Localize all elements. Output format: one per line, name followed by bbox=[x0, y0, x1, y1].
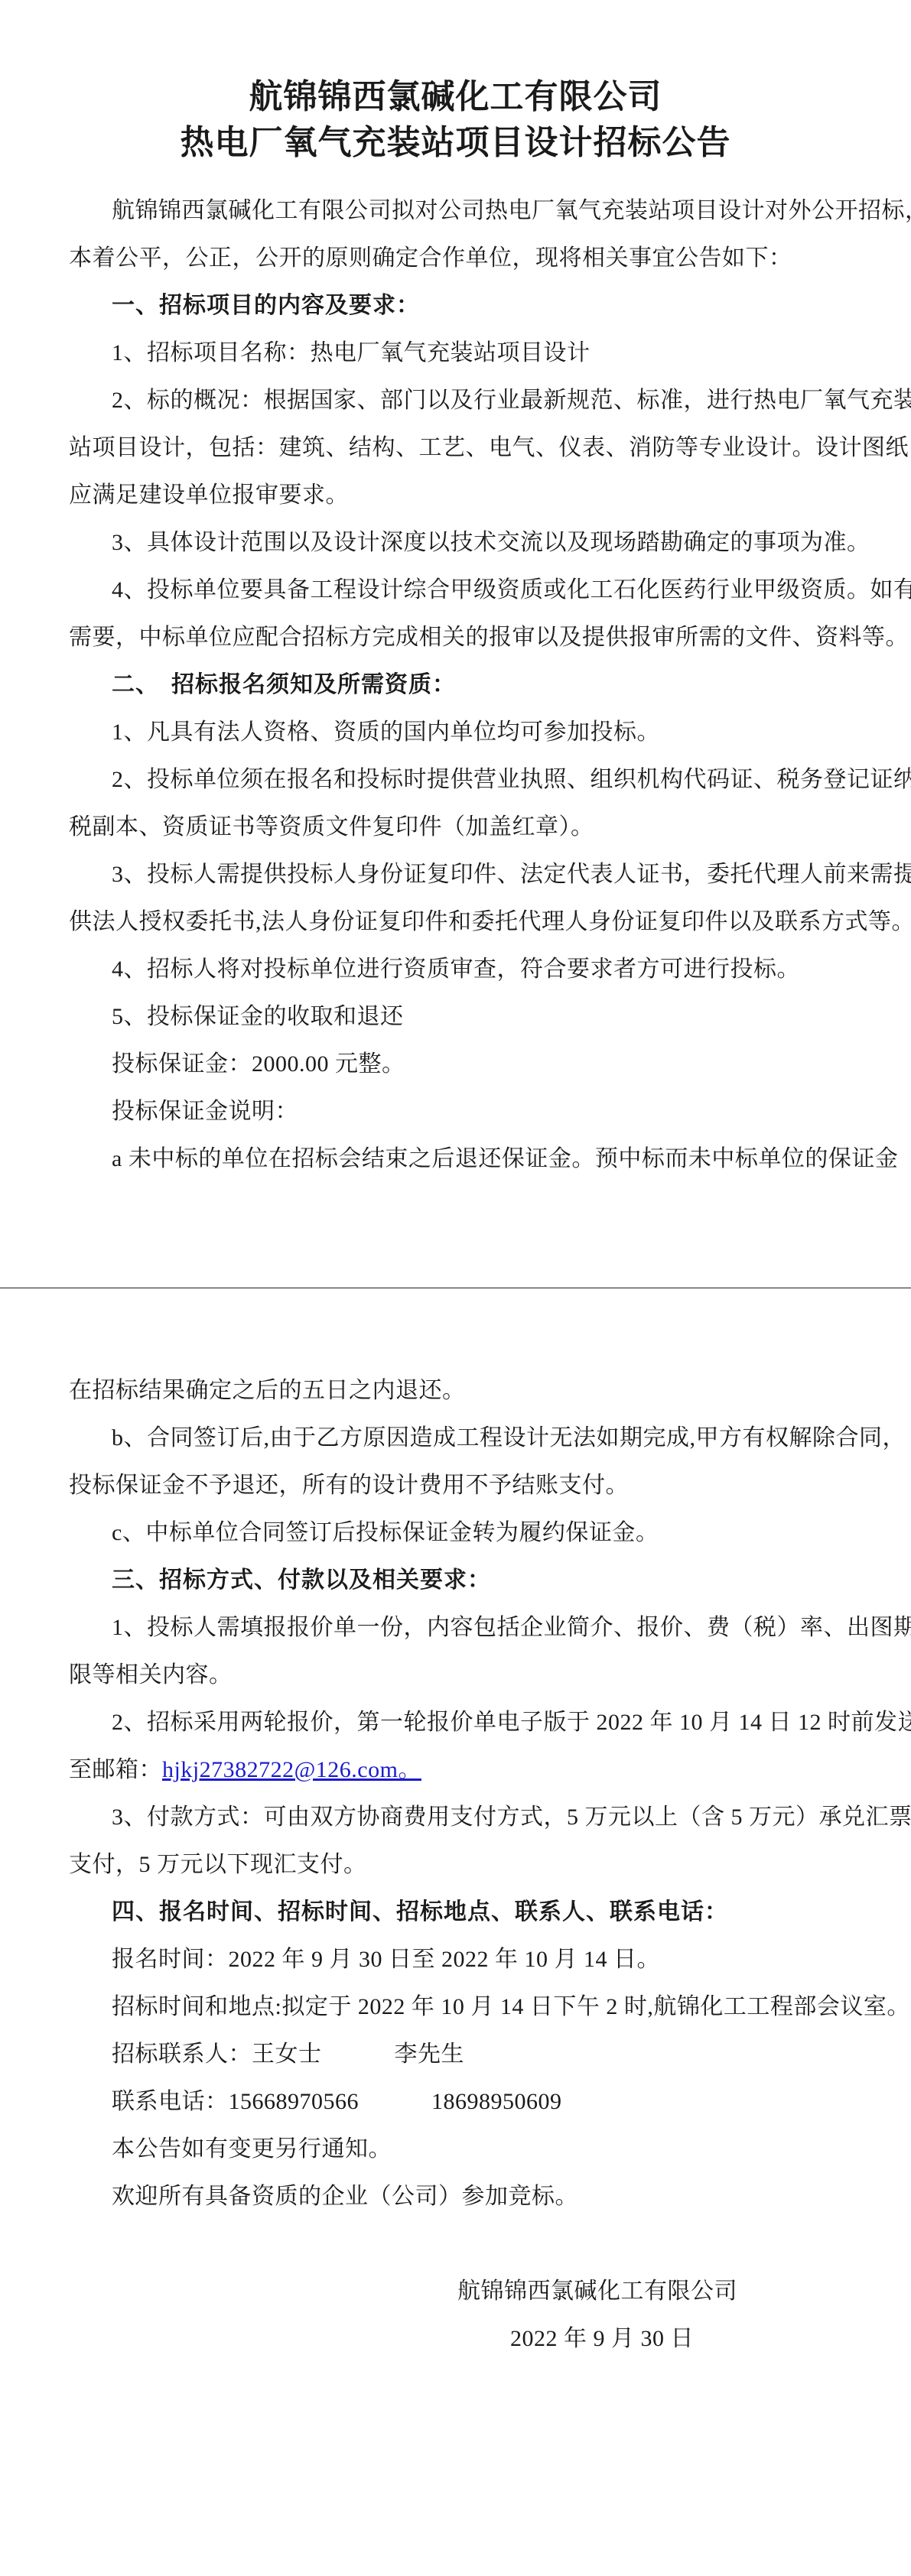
phone-number-1: 15668970566 bbox=[229, 2089, 360, 2114]
para-line: 限等相关内容。 bbox=[69, 1652, 850, 1699]
document-page-1: 航锦锦西氯碱化工有限公司 热电厂氧气充装站项目设计招标公告 航锦锦西氯碱化工有限… bbox=[0, 0, 911, 1287]
para-line: 4、投标单位要具备工程设计综合甲级资质或化工石化医药行业甲级资质。如有 bbox=[69, 567, 850, 614]
email-link[interactable]: hjkj27382722@126.com。 bbox=[162, 1757, 421, 1782]
section-heading-2: 二、 招标报名须知及所需资质： bbox=[69, 661, 850, 709]
document-title-line-2: 热电厂氧气充装站项目设计招标公告 bbox=[0, 120, 911, 166]
para-line: 航锦锦西氯碱化工有限公司拟对公司热电厂氧气充装站项目设计对外公开招标， bbox=[69, 187, 850, 235]
document-title-line-1: 航锦锦西氯碱化工有限公司 bbox=[0, 74, 911, 120]
para-line: 3、投标人需提供投标人身份证复印件、法定代表人证书，委托代理人前来需提 bbox=[69, 851, 850, 898]
para-line: 4、招标人将对投标单位进行资质审查，符合要求者方可进行投标。 bbox=[69, 946, 850, 993]
para-line: 1、凡具有法人资格、资质的国内单位均可参加投标。 bbox=[69, 709, 850, 756]
contact-name-2: 李先生 bbox=[395, 2042, 465, 2067]
page-1-body: 航锦锦西氯碱化工有限公司拟对公司热电厂氧气充装站项目设计对外公开招标， 本着公平… bbox=[69, 187, 850, 1183]
para-line: 1、招标项目名称：热电厂氧气充装站项目设计 bbox=[69, 330, 850, 377]
para-line: a 未中标的单位在招标会结束之后退还保证金。预中标而未中标单位的保证金 bbox=[69, 1135, 850, 1183]
para-line: 2、投标单位须在报名和投标时提供营业执照、组织机构代码证、税务登记证纳 bbox=[69, 756, 850, 804]
para-line: 5、投标保证金的收取和退还 bbox=[69, 993, 850, 1041]
contacts-line: 招标联系人：王女士李先生 bbox=[69, 2031, 850, 2078]
email-label: 至邮箱： bbox=[69, 1757, 162, 1782]
registration-time-line: 报名时间：2022 年 9 月 30 日至 2022 年 10 月 14 日。 bbox=[69, 1936, 850, 1983]
para-line: 3、具体设计范围以及设计深度以技术交流以及现场踏勘确定的事项为准。 bbox=[69, 519, 850, 567]
contact-name-1: 王女士 bbox=[252, 2042, 322, 2067]
para-line: 需要，中标单位应配合招标方完成相关的报审以及提供报审所需的文件、资料等。 bbox=[69, 614, 850, 661]
para-line: 1、投标人需填报报价单一份，内容包括企业简介、报价、费（税）率、出图期 bbox=[69, 1604, 850, 1652]
signature-date: 2022 年 9 月 30 日 bbox=[69, 2315, 850, 2363]
phones-line: 联系电话：1566897056618698950609 bbox=[69, 2078, 850, 2126]
bid-time-place-line: 招标时间和地点:拟定于 2022 年 10 月 14 日下午 2 时,航锦化工工… bbox=[69, 1983, 850, 2031]
para-line: 投标保证金说明： bbox=[69, 1088, 850, 1135]
para-line: 税副本、资质证书等资质文件复印件（加盖红章）。 bbox=[69, 804, 850, 851]
para-line: 2、招标采用两轮报价，第一轮报价单电子版于 2022 年 10 月 14 日 1… bbox=[69, 1699, 850, 1746]
blank-line bbox=[69, 2220, 850, 2268]
bid-bond-amount-line: 投标保证金：2000.00 元整。 bbox=[69, 1041, 850, 1088]
contacts-label: 招标联系人： bbox=[112, 2042, 252, 2067]
signature-company: 航锦锦西氯碱化工有限公司 bbox=[69, 2268, 850, 2315]
para-line: 在招标结果确定之后的五日之内退还。 bbox=[69, 1367, 850, 1415]
para-line: 供法人授权委托书,法人身份证复印件和委托代理人身份证复印件以及联系方式等。 bbox=[69, 898, 850, 946]
para-line: 欢迎所有具备资质的企业（公司）参加竞标。 bbox=[69, 2173, 850, 2220]
section-heading-4: 四、报名时间、招标时间、招标地点、联系人、联系电话： bbox=[69, 1889, 850, 1936]
para-line: 本公告如有变更另行通知。 bbox=[69, 2126, 850, 2173]
phone-number-2: 18698950609 bbox=[431, 2089, 562, 2114]
section-heading-1: 一、招标项目的内容及要求： bbox=[69, 282, 850, 330]
para-line: 3、付款方式：可由双方协商费用支付方式，5 万元以上（含 5 万元）承兑汇票 bbox=[69, 1794, 850, 1841]
page-2-body: 在招标结果确定之后的五日之内退还。 b、合同签订后,由于乙方原因造成工程设计无法… bbox=[69, 1367, 850, 2363]
para-line: 投标保证金不予退还，所有的设计费用不予结账支付。 bbox=[69, 1462, 850, 1509]
para-line: 支付，5 万元以下现汇支付。 bbox=[69, 1841, 850, 1889]
email-line: 至邮箱：hjkj27382722@126.com。 bbox=[69, 1746, 850, 1794]
para-line: 本着公平，公正，公开的原则确定合作单位，现将相关事宜公告如下： bbox=[69, 235, 850, 282]
para-line: b、合同签订后,由于乙方原因造成工程设计无法如期完成,甲方有权解除合同， bbox=[69, 1415, 850, 1462]
para-line: c、中标单位合同签订后投标保证金转为履约保证金。 bbox=[69, 1509, 850, 1557]
para-line: 站项目设计，包括：建筑、结构、工艺、电气、仪表、消防等专业设计。设计图纸 bbox=[69, 424, 850, 472]
section-heading-3: 三、招标方式、付款以及相关要求： bbox=[69, 1557, 850, 1604]
para-line: 应满足建设单位报审要求。 bbox=[69, 472, 850, 519]
phone-label: 联系电话： bbox=[112, 2089, 229, 2114]
announcement-document: 航锦锦西氯碱化工有限公司 热电厂氧气充装站项目设计招标公告 航锦锦西氯碱化工有限… bbox=[0, 0, 911, 2576]
para-line: 2、标的概况：根据国家、部门以及行业最新规范、标准，进行热电厂氧气充装 bbox=[69, 377, 850, 424]
document-page-2: 在招标结果确定之后的五日之内退还。 b、合同签订后,由于乙方原因造成工程设计无法… bbox=[0, 1288, 911, 2576]
